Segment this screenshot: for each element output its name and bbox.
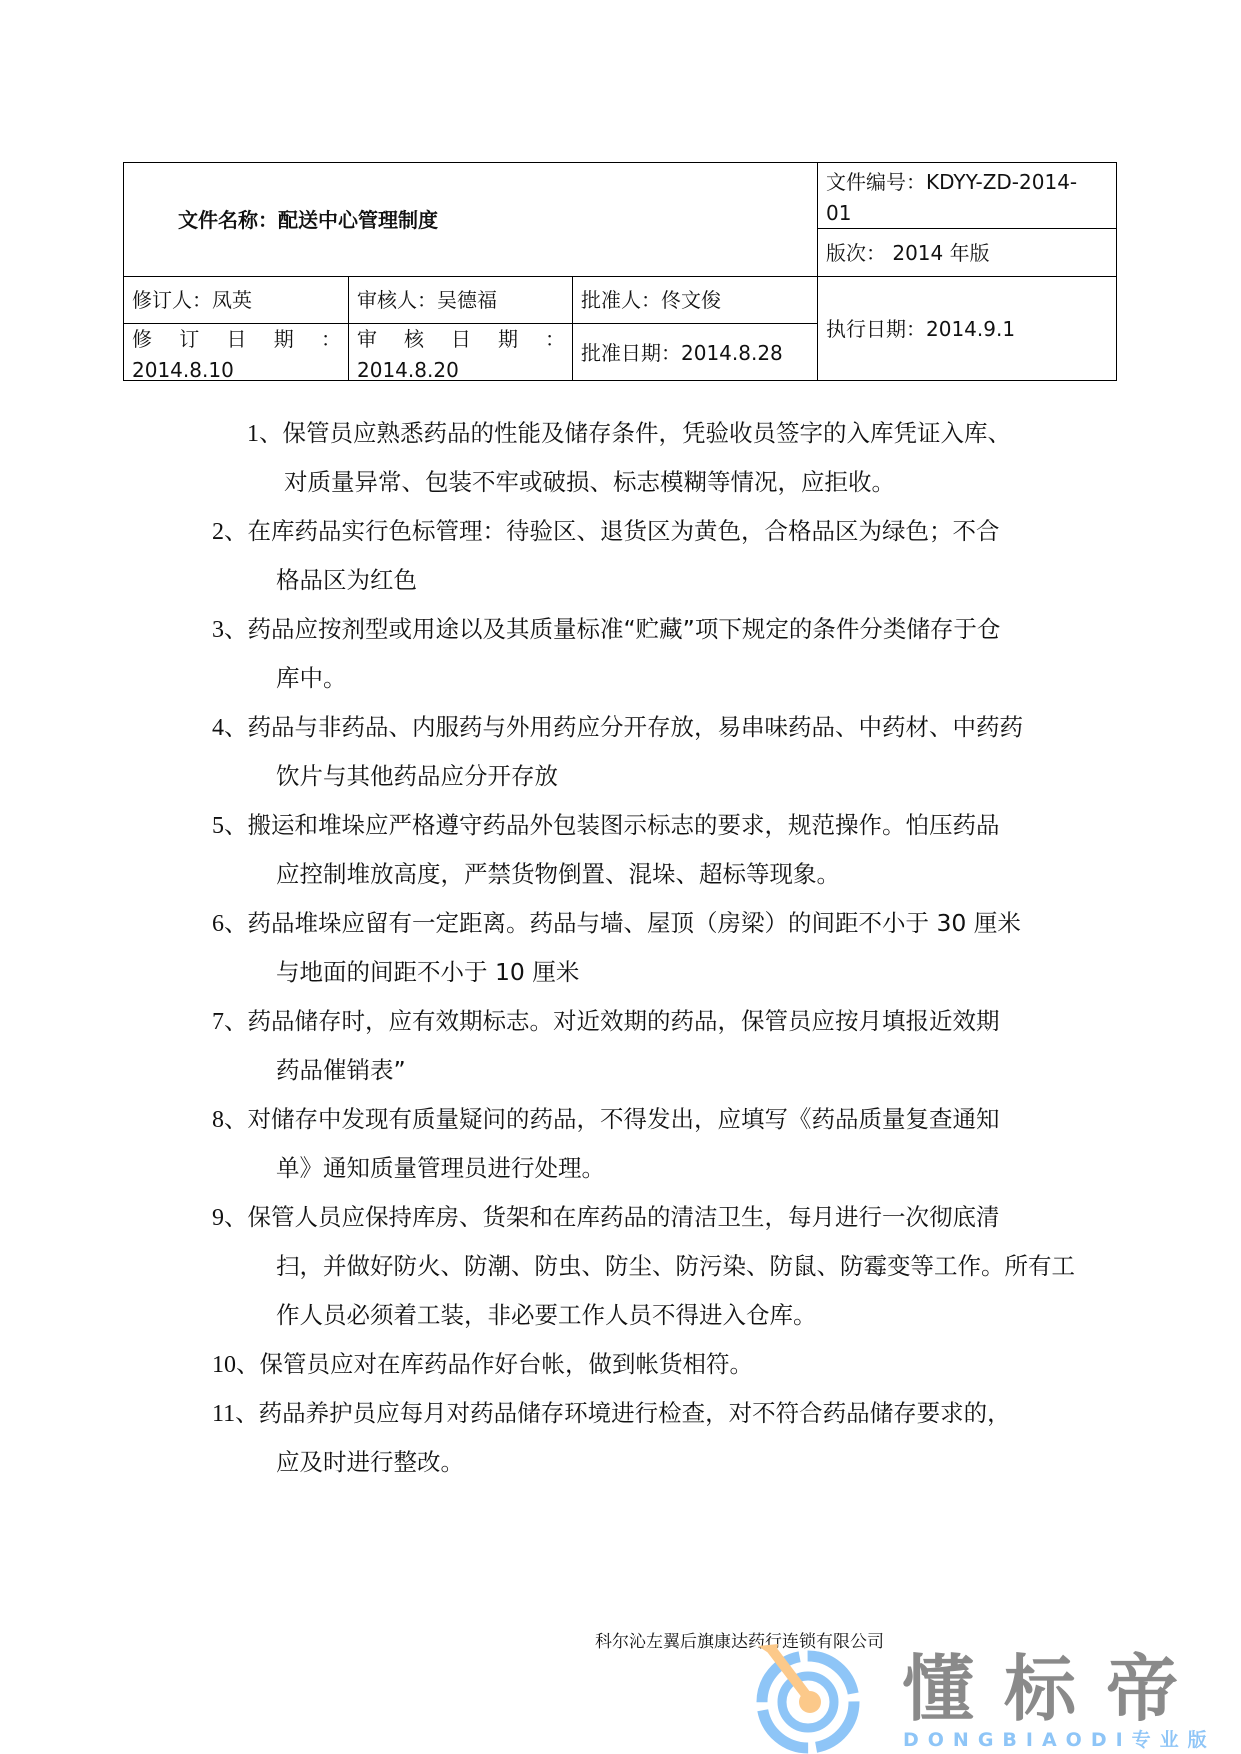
list-item-5-cont: 应控制堆放高度，严禁货物倒置、混垛、超标等现象。: [276, 850, 840, 899]
item-number: 6: [212, 911, 224, 937]
item-number: 7: [212, 1009, 224, 1035]
item-text: 对储存中发现有质量疑问的药品，不得发出，应填写《药品质量复查通知: [248, 1105, 1000, 1133]
label-char: ：: [321, 324, 341, 355]
approver-cell: 批准人：佟文俊: [573, 277, 818, 324]
edition-cell: 版次： 2014 年版: [818, 229, 1118, 277]
list-item-11-cont: 应及时进行整改。: [276, 1438, 464, 1487]
item-text: 药品储存时，应有效期标志。对近效期的药品，保管员应按月填报近效期: [248, 1007, 1000, 1035]
revise-date-label: 修 订 日 期 ：: [132, 324, 341, 355]
revise-date-value: 2014.8.10: [132, 355, 341, 386]
document-title-cell: 文件名称：配送中心管理制度: [124, 163, 818, 277]
item-text: 保管员应熟悉药品的性能及储存条件，凭验收员签字的入库凭证入库、: [283, 419, 1012, 447]
item-number: 9: [212, 1205, 224, 1231]
item-text: 保管员应对在库药品作好台帐，做到帐货相符。: [260, 1350, 754, 1378]
document-number-line1: 文件编号：KDYY-ZD-2014-: [826, 167, 1110, 198]
list-item-6-cont: 与地面的间距不小于 10 厘米: [276, 948, 579, 997]
revise-date-cell: 修 订 日 期 ： 2014.8.10: [124, 324, 349, 382]
table-divider: [817, 163, 818, 380]
label-char: 日: [227, 324, 247, 355]
label-char: 订: [179, 324, 199, 355]
exec-date-cell: 执行日期：2014.9.1: [818, 277, 1118, 382]
list-item-11: 11、药品养护员应每月对药品储存环境进行检查，对不符合药品储存要求的，: [212, 1389, 1011, 1438]
list-item-1: 1、保管员应熟悉药品的性能及储存条件，凭验收员签字的入库凭证入库、: [247, 409, 1011, 458]
document-title: 文件名称：配送中心管理制度: [178, 205, 438, 236]
review-date-label: 审 核 日 期 ：: [357, 324, 565, 355]
list-item-2-cont: 格品区为红色: [276, 556, 417, 605]
list-item-2: 2、在库药品实行色标管理：待验区、退货区为黄色，合格品区为绿色；不合: [212, 507, 1000, 556]
item-text: 在库药品实行色标管理：待验区、退货区为黄色，合格品区为绿色；不合: [248, 517, 1000, 545]
list-item-5: 5、搬运和堆垛应严格遵守药品外包装图示标志的要求，规范操作。怕压药品: [212, 801, 1000, 850]
document-header-table: 文件名称：配送中心管理制度 文件编号：KDYY-ZD-2014- 01 版次： …: [123, 162, 1117, 381]
document-page: 文件名称：配送中心管理制度 文件编号：KDYY-ZD-2014- 01 版次： …: [0, 0, 1241, 1754]
item-text: 搬运和堆垛应严格遵守药品外包装图示标志的要求，规范操作。怕压药品: [248, 811, 1000, 839]
list-item-9: 9、保管人员应保持库房、货架和在库药品的清洁卫生，每月进行一次彻底清: [212, 1193, 1000, 1242]
item-number: 5: [212, 813, 224, 839]
item-number: 8: [212, 1107, 224, 1133]
list-item-9-cont: 作人员必须着工装，非必要工作人员不得进入仓库。: [276, 1291, 817, 1340]
label-char: 日: [451, 324, 471, 355]
item-text: 药品堆垛应留有一定距离。药品与墙、屋顶（房梁）的间距不小于 30 厘米: [248, 909, 1021, 937]
list-item-7: 7、药品储存时，应有效期标志。对近效期的药品，保管员应按月填报近效期: [212, 997, 1000, 1046]
table-divider: [572, 276, 573, 380]
item-number: 1: [247, 421, 259, 447]
label-char: 期: [274, 324, 294, 355]
list-item-4-cont: 饮片与其他药品应分开存放: [276, 752, 558, 801]
label-char: 修: [132, 324, 152, 355]
approve-date-text: 批准日期：2014.8.28: [581, 338, 783, 369]
item-text: 药品养护员应每月对药品储存环境进行检查，对不符合药品储存要求的，: [259, 1399, 1011, 1427]
item-number: 2: [212, 519, 224, 545]
item-number: 4: [212, 715, 224, 741]
list-item-8-cont: 单》通知质量管理员进行处理。: [276, 1144, 605, 1193]
list-item-3: 3、药品应按剂型或用途以及其质量标准“贮藏”项下规定的条件分类储存于仓: [212, 605, 1000, 654]
review-date-cell: 审 核 日 期 ： 2014.8.20: [349, 324, 573, 382]
list-item-7-cont: 药品催销表”: [276, 1046, 406, 1095]
exec-date-text: 执行日期：2014.9.1: [826, 314, 1015, 345]
table-divider: [817, 228, 1116, 229]
list-item-9-cont: 扫，并做好防火、防潮、防虫、防尘、防污染、防鼠、防霉变等工作。所有工: [276, 1242, 1075, 1291]
document-number-cell: 文件编号：KDYY-ZD-2014- 01: [818, 163, 1118, 229]
list-item-4: 4、药品与非药品、内服药与外用药应分开存放，易串味药品、中药材、中药药: [212, 703, 1023, 752]
list-item-3-cont: 库中。: [276, 654, 347, 703]
item-text: 药品应按剂型或用途以及其质量标准“贮藏”项下规定的条件分类储存于仓: [248, 615, 1001, 643]
edition-text: 版次： 2014 年版: [826, 238, 990, 269]
table-divider: [124, 323, 818, 324]
reviser-cell: 修订人：凤英: [124, 277, 349, 324]
list-item-6: 6、药品堆垛应留有一定距离。药品与墙、屋顶（房梁）的间距不小于 30 厘米: [212, 899, 1021, 948]
watermark-subtitle: DONGBIAODI专业版: [903, 1729, 1216, 1751]
reviewer-text: 审核人：吴德福: [357, 285, 497, 316]
item-number: 11: [212, 1401, 235, 1427]
target-logo-icon: [752, 1644, 864, 1754]
approve-date-cell: 批准日期：2014.8.28: [573, 324, 818, 382]
reviser-text: 修订人：凤英: [132, 285, 252, 316]
review-date-value: 2014.8.20: [357, 355, 565, 386]
label-char: 期: [498, 324, 518, 355]
label-char: 审: [357, 324, 377, 355]
table-divider: [124, 276, 1116, 277]
approver-text: 批准人：佟文俊: [581, 285, 721, 316]
table-divider: [348, 276, 349, 380]
reviewer-cell: 审核人：吴德福: [349, 277, 573, 324]
list-item-1-cont: 对质量异常、包装不牢或破损、标志模糊等情况，应拒收。: [284, 458, 895, 507]
label-char: 核: [404, 324, 424, 355]
watermark-brand: 懂标帝: [902, 1649, 1208, 1729]
item-text: 药品与非药品、内服药与外用药应分开存放，易串味药品、中药材、中药药: [248, 713, 1024, 741]
list-item-10: 10、保管员应对在库药品作好台帐，做到帐货相符。: [212, 1340, 753, 1389]
item-text: 保管人员应保持库房、货架和在库药品的清洁卫生，每月进行一次彻底清: [248, 1203, 1000, 1231]
document-number-line2: 01: [826, 198, 1110, 229]
label-char: ：: [545, 324, 565, 355]
item-number: 3: [212, 617, 224, 643]
item-number: 10: [212, 1352, 236, 1378]
list-item-8: 8、对储存中发现有质量疑问的药品，不得发出，应填写《药品质量复查通知: [212, 1095, 1000, 1144]
